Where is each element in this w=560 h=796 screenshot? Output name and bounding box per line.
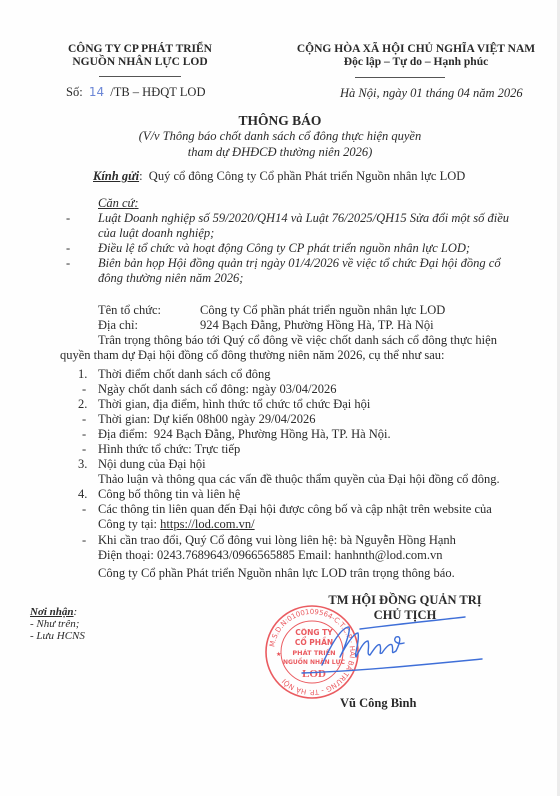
handwritten-number: 14 [86,85,107,99]
document-number: Số: 14 /TB – HĐQT LOD [66,85,205,100]
bullet-dash: - [82,442,86,457]
section-2-title: Thời gian, địa điểm, hình thức tổ chức t… [98,397,370,412]
recipient-value: Quý cổ đông Công ty Cổ phần Phát triển N… [149,169,465,183]
recipient-line: Kính gửi: Quý cổ đông Công ty Cổ phần Ph… [93,169,465,184]
basis-item-3-line2: đông thường niên năm 2026; [98,271,243,286]
svg-text:★: ★ [276,651,281,658]
org-name-label: Tên tổ chức: [98,303,161,318]
section-4-title: Công bố thông tin và liên hệ [98,487,240,502]
recipient-item: - Lưu HCNS [30,630,85,642]
bullet-dash: - [66,241,70,256]
document-subtitle: (V/v Thông báo chốt danh sách cổ đông th… [0,128,560,160]
recipient-item: - Như trên; [30,618,85,630]
subtitle-line2: tham dự ĐHĐCĐ thường niên 2026) [0,144,560,160]
section-2-item-3: Hình thức tổ chức: Trực tiếp [98,442,240,457]
motto-line: Độc lập – Tự do – Hạnh phúc [280,56,552,69]
recipient-colon: : [139,169,142,183]
handwritten-signature-icon [300,615,485,685]
basis-heading-colon: : [134,196,138,210]
org-name-value: Công ty Cổ phần phát triển nguồn nhân lự… [200,303,445,318]
section-4-number: 4. [78,487,87,502]
intro-line1: Trân trọng thông báo tới Quý cổ đông về … [98,333,497,348]
recipients-heading-colon: : [74,606,78,618]
basis-item-2-line1: Điều lệ tổ chức và hoạt động Công ty CP … [98,241,470,256]
bullet-dash: - [82,533,86,548]
section-4-item-1-line2: Công ty tại: https://lod.com.vn/ [98,517,255,532]
section-2-item-1: Thời gian: Dự kiến 08h00 ngày 29/04/2026 [98,412,316,427]
section-4-item-1-line1: Các thông tin liên quan đến Đại hội được… [98,502,492,517]
org-address-value: 924 Bạch Đằng, Phường Hồng Hà, TP. Hà Nộ… [200,318,434,333]
section-1-item-1: Ngày chốt danh sách cổ đông: ngày 03/04/… [98,382,337,397]
intro-line2: quyền tham dự Đại hội đồng cổ đông thườn… [60,348,445,363]
company-header: CÔNG TY CP PHÁT TRIỂN NGUỒN NHÂN LỰC LOD [60,43,220,69]
section-4-item-2-line2: Điện thoại: 0243.7689643/0966565885 Emai… [98,548,442,563]
bullet-dash: - [66,211,70,226]
nation-header: CỘNG HÒA XÃ HỘI CHỦ NGHĨA VIỆT NAM Độc l… [280,43,552,69]
signer-name: Vũ Công Bình [340,696,416,711]
section-2-number: 2. [78,397,87,412]
org-address-label: Địa chỉ: [98,318,138,333]
document-page: CÔNG TY CP PHÁT TRIỂN NGUỒN NHÂN LỰC LOD… [0,0,560,796]
place-date: Hà Nội, ngày 01 tháng 04 năm 2026 [340,86,523,101]
document-title: THÔNG BÁO [0,113,560,129]
recipients-block: Nơi nhận: - Như trên; - Lưu HCNS [30,606,85,642]
section-2-item-2: Địa điểm: 924 Bạch Đằng, Phường Hồng Hà,… [98,427,391,442]
closing-line: Công ty Cổ phần Phát triển Nguồn nhân lự… [98,566,455,581]
bullet-dash: - [66,256,70,271]
basis-heading: Căn cứ: [98,196,139,211]
header-left-divider [99,76,181,77]
number-suffix: /TB – HĐQT LOD [110,85,205,99]
section-1-title: Thời điểm chốt danh sách cổ đông [98,367,271,382]
basis-item-1-line2: của luật doanh nghiệp; [98,226,214,241]
bullet-dash: - [82,502,86,517]
nation-line: CỘNG HÒA XÃ HỘI CHỦ NGHĨA VIỆT NAM [280,43,552,56]
bullet-dash: - [82,412,86,427]
section-3-text: Thảo luận và thông qua các vấn đề thuộc … [98,472,500,487]
basis-item-1-line1: Luật Doanh nghiệp số 59/2020/QH14 và Luậ… [98,211,509,226]
section-4-item-2-line1: Khi cần trao đổi, Quý Cổ đông vui lòng l… [98,533,456,548]
company-name-line1: CÔNG TY CP PHÁT TRIỂN [60,43,220,56]
website-link[interactable]: https://lod.com.vn/ [160,517,254,531]
bullet-dash: - [82,382,86,397]
basis-item-3-line1: Biên bản họp Hội đồng quản trị ngày 01/4… [98,256,501,271]
header-right-divider [355,77,445,78]
section-3-number: 3. [78,457,87,472]
section-3-title: Nội dung của Đại hội [98,457,206,472]
recipient-label: Kính gửi [93,169,139,183]
bullet-dash: - [82,427,86,442]
section-1-number: 1. [78,367,87,382]
website-prefix: Công ty tại: [98,517,160,531]
company-name-line2: NGUỒN NHÂN LỰC LOD [60,56,220,69]
basis-heading-text: Căn cứ [98,196,134,210]
recipients-heading: Nơi nhận [30,606,74,618]
subtitle-line1: (V/v Thông báo chốt danh sách cổ đông th… [0,128,560,144]
number-prefix: Số: [66,85,83,99]
